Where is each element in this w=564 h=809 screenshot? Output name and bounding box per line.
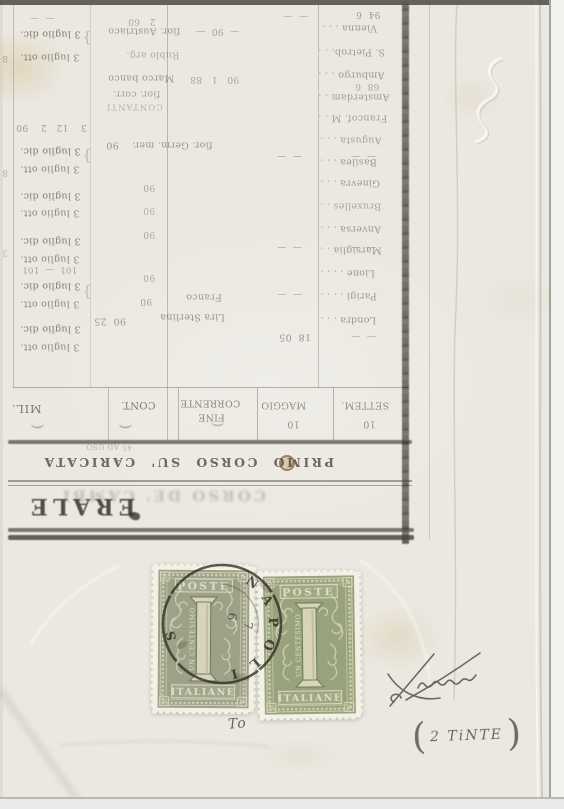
printed-text-fragment: ⌢ [118, 415, 133, 439]
printed-text-fragment: — — [277, 288, 302, 298]
printed-text-fragment: CONTANTI [106, 101, 163, 110]
printed-text-fragment: 90 [143, 181, 155, 191]
stamp-poste-label: POSTE [177, 580, 230, 592]
printed-text-fragment: 90 [143, 271, 155, 281]
table-rule [8, 480, 412, 482]
printed-text-fragment: 3 luglio ott. [20, 207, 79, 217]
printed-text-fragment: 3 luglio ott. [20, 253, 79, 263]
printed-text-fragment: — — [277, 241, 302, 251]
printed-text-fragment: Amburgo . . . [318, 69, 384, 79]
table-rule [333, 388, 334, 440]
table-rule [90, 4, 91, 388]
printed-text-fragment: 18 05 [279, 331, 311, 341]
printed-text-fragment: Rublo arg. [126, 49, 179, 59]
table-border-bar [402, 2, 409, 544]
printed-text-fragment: 68 6 [355, 80, 379, 90]
printed-text-fragment: Franco [186, 291, 222, 301]
printed-text-fragment: 3 12 2 90 [16, 121, 87, 131]
printed-text-fragment: Marco banco [108, 72, 174, 82]
printed-text-fragment: — — [351, 150, 376, 160]
printed-text-fragment: ⌢ [210, 413, 225, 437]
printed-text-fragment: Lira Sterlina [160, 311, 225, 321]
printed-text-fragment: Amsterdam . . [318, 91, 389, 101]
heavy-rule [8, 440, 412, 444]
printed-text-fragment: ⌢ [30, 415, 45, 439]
scan-edge-right [549, 0, 564, 809]
printed-text-fragment: 101 — 101 [22, 264, 77, 273]
table-rule [257, 388, 258, 440]
printed-text-fragment: 90 1 88 [190, 73, 239, 83]
printed-text-fragment: 2 60 [128, 15, 156, 25]
printed-text-fragment: 90 [143, 204, 155, 214]
tinte-annotation: ( 2 TiNTE ) [411, 712, 522, 759]
printed-text-fragment: 3 luglio dic. [20, 190, 80, 200]
heavy-rule [8, 535, 414, 540]
pencil-to-note: To [227, 715, 247, 733]
printed-text-fragment: 3 luglio dic. [20, 280, 80, 290]
printed-text-fragment: 3 luglio ott. [20, 163, 79, 173]
printed-text-fragment: Parigi . . . . [320, 290, 377, 300]
printed-text-fragment: 3 luglio ott. [20, 341, 79, 351]
printed-text-fragment: Londra . . . [320, 314, 376, 324]
printed-text-fragment: 45 [122, 443, 132, 451]
expert-signature [386, 640, 486, 714]
printed-text-fragment: 3 luglio dic. [20, 323, 80, 333]
printed-text-fragment: 3 luglio dic. [20, 235, 80, 245]
tinte-text: 2 TiNTE [430, 727, 503, 746]
printed-text-fragment: Vienna . . . [322, 22, 377, 32]
printed-text-fragment: 10 [287, 418, 300, 428]
printed-text-fragment: 90 [143, 228, 155, 238]
printed-text-fragment: 3 luglio ott. [20, 51, 79, 61]
stamp-italiane-label: ITALIANE [171, 687, 236, 698]
printed-text-fragment: Bruxelles . . [320, 200, 381, 210]
table-rule [13, 387, 409, 388]
printed-text-fragment: } [82, 148, 92, 165]
close-paren: ) [506, 712, 522, 756]
table-rule [318, 4, 319, 388]
table-rule [429, 2, 430, 540]
printed-text-fragment: S. Pietrob. . . [318, 46, 385, 56]
stamp-centesimo-label: UN CENTESIMO [189, 607, 196, 671]
printed-text-fragment: 3 luglio dic. [20, 28, 80, 38]
printed-text-fragment: 3 [2, 246, 8, 256]
printed-text-fragment: SETTEM. [341, 399, 389, 409]
printed-text-fragment: — — [30, 12, 55, 22]
printed-text-fragment: Lione . . . . [320, 267, 375, 277]
printed-text-fragment: ERALE [26, 494, 135, 518]
table-rule [13, 4, 14, 388]
table-rule [178, 388, 179, 440]
printed-text-fragment: } [82, 30, 92, 47]
printed-text-fragment: Augusta . . . [320, 134, 382, 144]
scan-edge-top [0, 0, 564, 5]
printed-text-fragment: fior. corr. [113, 88, 160, 98]
stamp-left[interactable]: POSTE ITALIANE UN CENTESIMO [150, 564, 256, 719]
printed-text-fragment: MIL. [11, 402, 41, 414]
printed-text-fragment: PRIMO CORSO SU' CARICATA [42, 455, 334, 469]
printed-text-fragment: 3 luglio dic. [20, 145, 80, 155]
stamp-poste-label: POSTE [282, 586, 335, 599]
scan-edge-bottom [0, 797, 564, 809]
printed-text-fragment: Francof. M . . [318, 112, 387, 122]
printed-text-fragment: — — [351, 241, 376, 251]
stamp-right[interactable]: POSTE ITALIANE UN CENTESIMO [256, 569, 363, 724]
printed-text-fragment: 10 [363, 418, 376, 428]
printed-text-fragment: MAGGIO [261, 399, 306, 409]
scanned-document: — —2 60— —94 683 luglio dic.fior. Austri… [0, 0, 564, 809]
printed-text-fragment: 8 [2, 52, 8, 62]
table-rule [108, 388, 109, 440]
printed-text-fragment: } [82, 284, 92, 301]
printed-text-fragment: Anversa . . . [320, 223, 381, 233]
printed-text-fragment: AD USO [86, 442, 119, 450]
stamp-centesimo-label: UN CENTESIMO [295, 613, 303, 677]
printed-text-fragment: 8 [2, 166, 8, 176]
printed-text-fragment: — — [283, 10, 308, 20]
printed-text-fragment: CORRENTE [180, 397, 240, 407]
heavy-rule [8, 528, 414, 532]
printed-text-fragment: fior. Germ. mer. 90 [106, 139, 213, 149]
printed-text-fragment: — — [277, 150, 302, 160]
printed-text-fragment: — — [351, 330, 376, 340]
printed-text-fragment: 94 6 [356, 8, 380, 18]
open-paren: ( [411, 715, 427, 759]
printed-text-fragment: 90 [140, 295, 152, 305]
table-rule [167, 4, 168, 441]
printed-text-fragment: fior. Austriaco [108, 25, 180, 35]
printed-text-fragment: — 90 — [196, 25, 239, 35]
printed-text-fragment: 3 luglio ott. [20, 298, 79, 308]
stamp-italiane-label: ITALIANE [278, 693, 343, 705]
printed-text-fragment: Ginevra . . . [320, 177, 380, 187]
printed-text-fragment: 90 25 [94, 315, 126, 325]
printed-text-fragment: CONT. [121, 399, 155, 410]
